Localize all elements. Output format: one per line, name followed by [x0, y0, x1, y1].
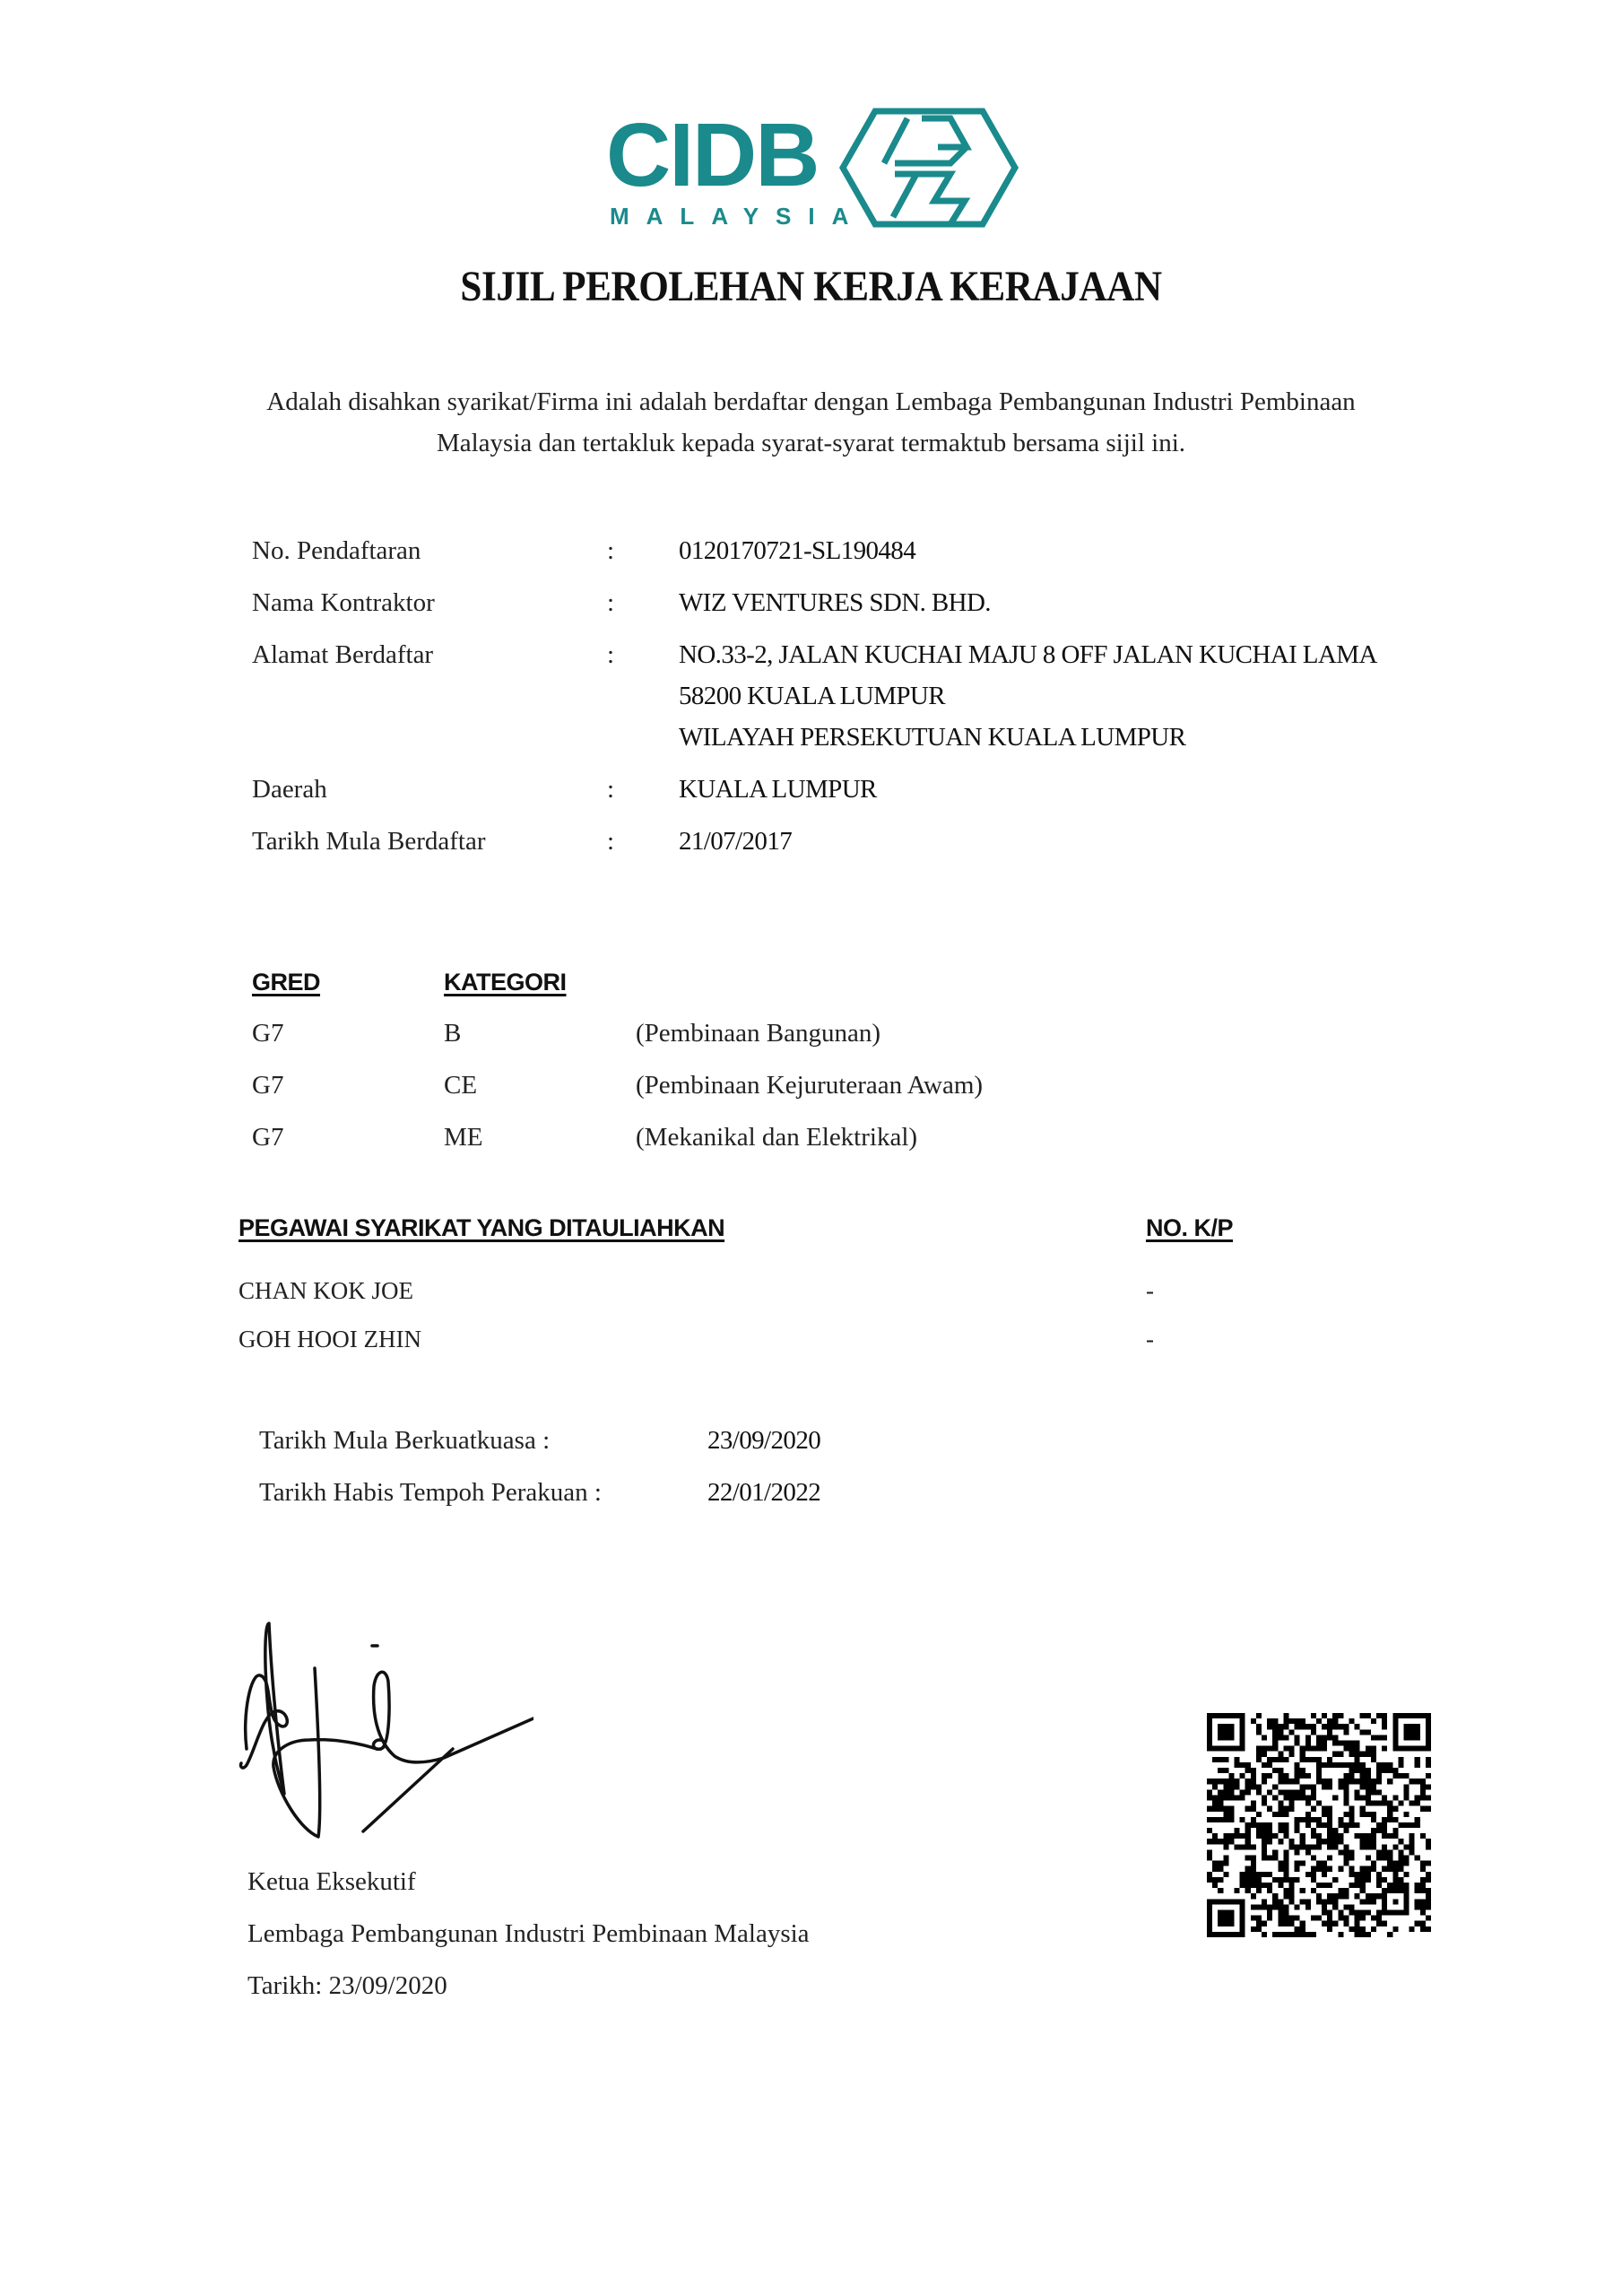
- certificate-title: SIJIL PEROLEHAN KERJA KERAJAAN: [81, 262, 1540, 311]
- start-date-value: 23/09/2020: [707, 1426, 820, 1456]
- field-separator: :: [607, 536, 614, 566]
- field-value-address-line-1: NO.33-2, JALAN KUCHAI MAJU 8 OFF JALAN K…: [679, 640, 1377, 670]
- grade-cell: G7: [252, 1019, 283, 1048]
- field-value-address-line-3: WILAYAH PERSEKUTUAN KUALA LUMPUR: [679, 723, 1185, 752]
- field-label-address: Alamat Berdaftar: [252, 640, 433, 670]
- signatory-title: Ketua Eksekutif: [247, 1867, 416, 1897]
- signature-date: Tarikh: 23/09/2020: [247, 1971, 447, 2001]
- category-cell: ME: [444, 1123, 483, 1152]
- expiry-date-value: 22/01/2022: [707, 1478, 820, 1508]
- field-label-contractor-name: Nama Kontraktor: [252, 588, 435, 618]
- field-value-address-line-2: 58200 KUALA LUMPUR: [679, 682, 945, 711]
- officer-name: CHAN KOK JOE: [239, 1277, 413, 1305]
- field-label-registration-no: No. Pendaftaran: [252, 536, 421, 566]
- field-value-district: KUALA LUMPUR: [679, 775, 877, 804]
- logo-brand-text: CIDB: [606, 105, 818, 205]
- category-description: (Pembinaan Kejuruteraan Awam): [636, 1071, 983, 1100]
- signatory-organization: Lembaga Pembangunan Industri Pembinaan M…: [247, 1919, 810, 1949]
- field-separator: :: [607, 827, 614, 857]
- field-separator: :: [607, 775, 614, 804]
- logo-country-text: MALAYSIA: [610, 203, 865, 230]
- qr-code-icon: [1207, 1713, 1431, 1937]
- start-date-label: Tarikh Mula Berkuatkuasa :: [259, 1426, 550, 1456]
- officers-header: PEGAWAI SYARIKAT YANG DITAULIAHKAN: [239, 1214, 724, 1242]
- signature-icon: [229, 1605, 533, 1857]
- intro-line-2: Malaysia dan tertakluk kepada syarat-sya…: [0, 429, 1622, 458]
- grade-cell: G7: [252, 1071, 283, 1100]
- category-header: KATEGORI: [444, 969, 567, 996]
- intro-line-1: Adalah disahkan syarikat/Firma ini adala…: [0, 387, 1622, 417]
- field-value-registration-date: 21/07/2017: [679, 827, 792, 857]
- expiry-date-label: Tarikh Habis Tempoh Perakuan :: [259, 1478, 602, 1508]
- field-separator: :: [607, 640, 614, 670]
- category-cell: B: [444, 1019, 461, 1048]
- officer-id: -: [1146, 1277, 1154, 1305]
- field-separator: :: [607, 588, 614, 618]
- category-cell: CE: [444, 1071, 477, 1100]
- cidb-logo: CIDB MALAYSIA: [606, 100, 1028, 235]
- field-value-registration-no: 0120170721-SL190484: [679, 536, 915, 566]
- field-label-registration-date: Tarikh Mula Berdaftar: [252, 827, 485, 857]
- category-description: (Pembinaan Bangunan): [636, 1019, 880, 1048]
- officer-name: GOH HOOI ZHIN: [239, 1326, 421, 1353]
- field-value-contractor-name: WIZ VENTURES SDN. BHD.: [679, 588, 991, 618]
- id-number-header: NO. K/P: [1146, 1214, 1233, 1242]
- field-label-district: Daerah: [252, 775, 327, 804]
- category-description: (Mekanikal dan Elektrikal): [636, 1123, 917, 1152]
- cidb-hexagon-logo-icon: [843, 111, 1015, 224]
- grade-header: GRED: [252, 969, 320, 996]
- grade-cell: G7: [252, 1123, 283, 1152]
- officer-id: -: [1146, 1326, 1154, 1353]
